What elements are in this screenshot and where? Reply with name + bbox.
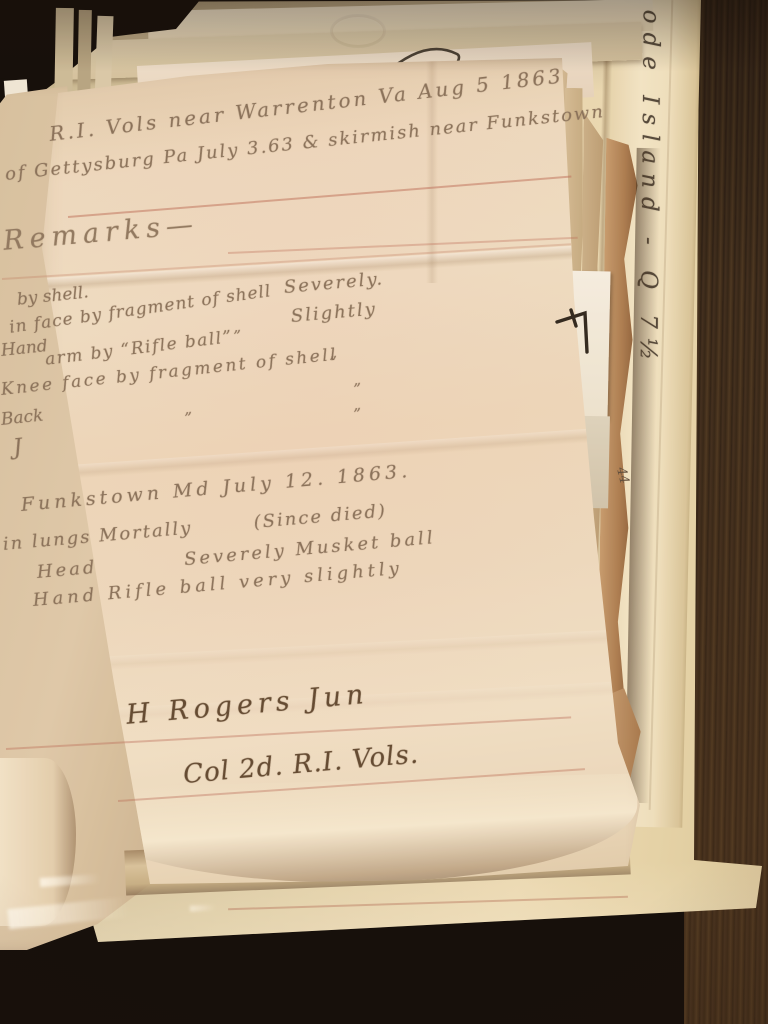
paper-crease	[28, 628, 656, 675]
paperclip	[554, 306, 608, 358]
ditto-mark: „	[352, 370, 362, 389]
ditto-mark: „	[232, 317, 242, 336]
ditto-mark: „	[328, 343, 338, 362]
ditto-mark: „	[352, 395, 362, 414]
ditto-mark: „	[183, 399, 193, 418]
archival-photo: hode Island - Q 7½ 44	[0, 0, 768, 1024]
page-curl	[0, 758, 76, 926]
embossed-seal	[330, 14, 386, 48]
